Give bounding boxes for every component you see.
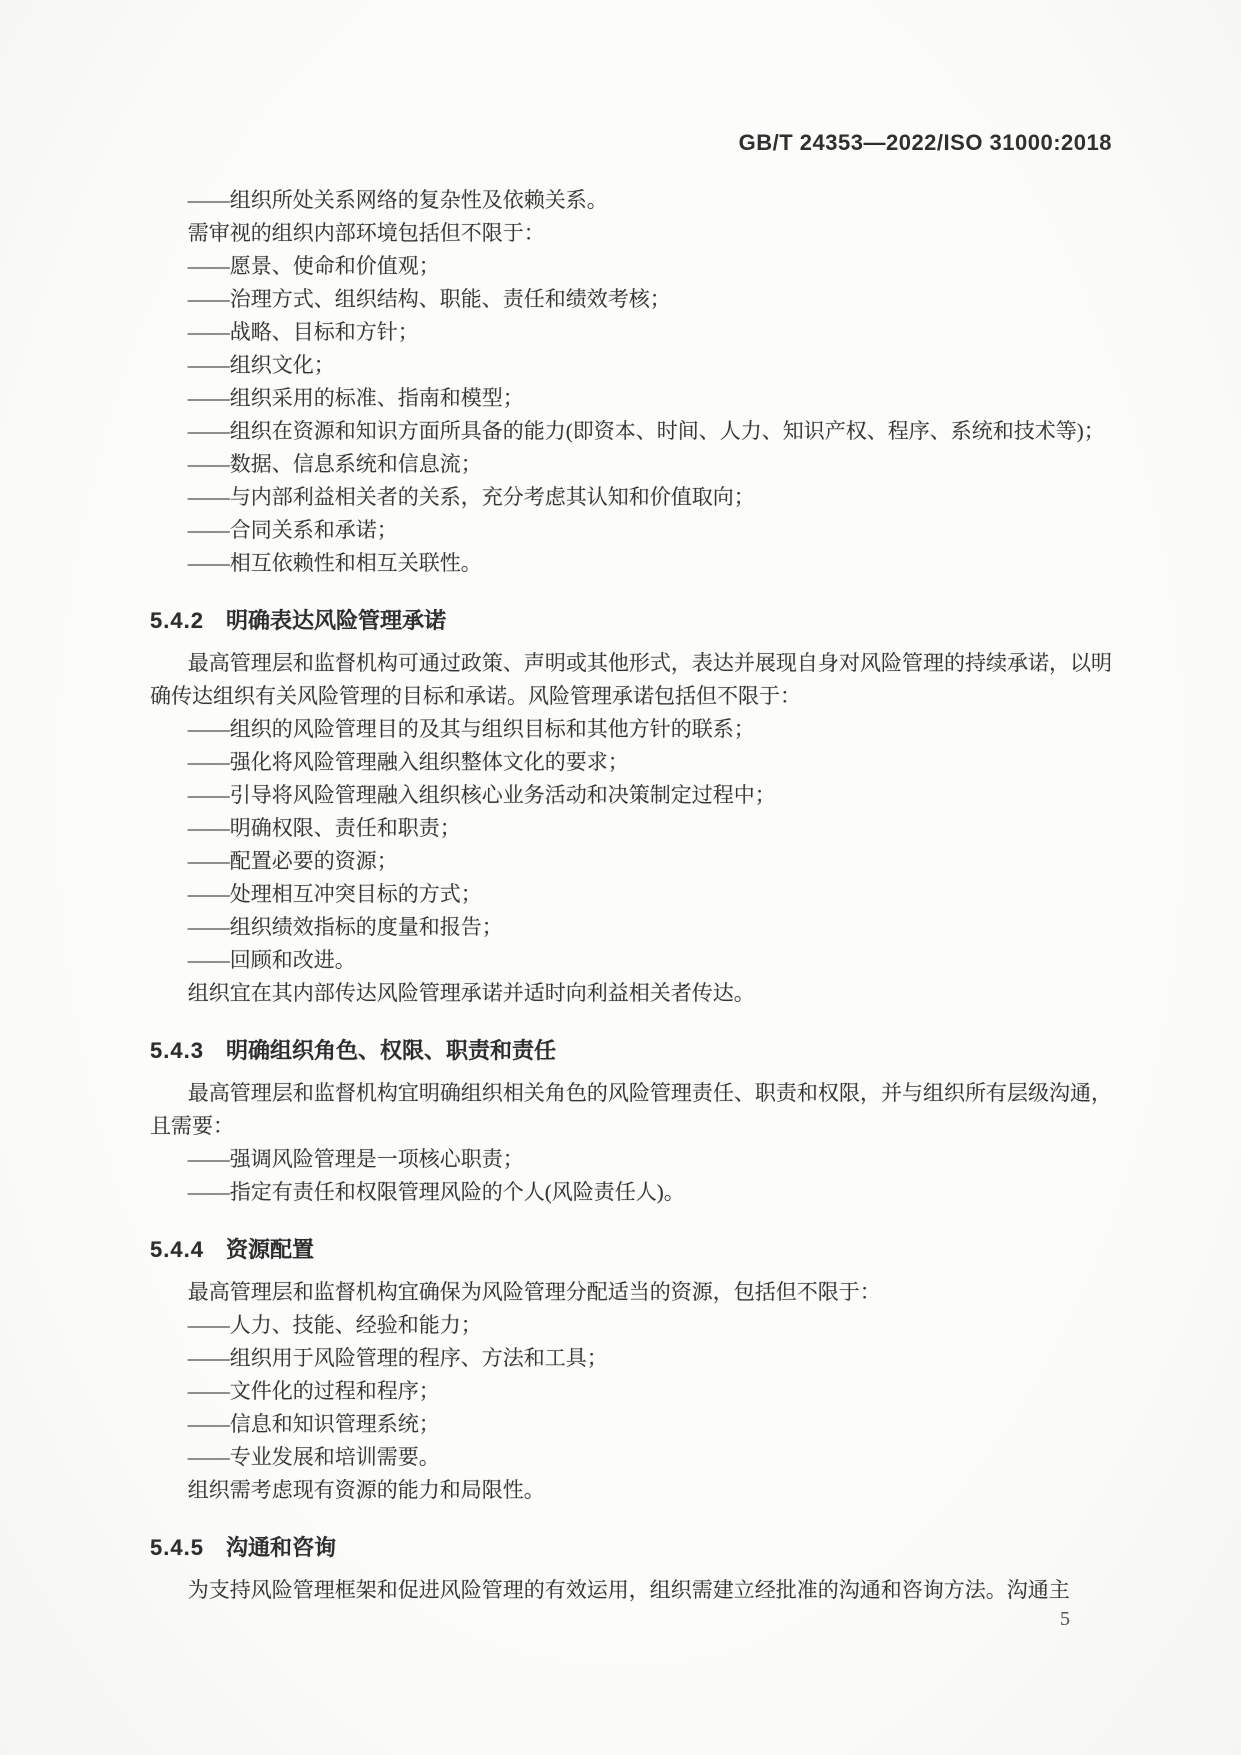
list-item: ——人力、技能、经验和能力；: [150, 1309, 1112, 1342]
list-item: ——强化将风险管理融入组织整体文化的要求；: [150, 746, 1112, 779]
list-item: ——组织的风险管理目的及其与组织目标和其他方针的联系；: [150, 713, 1112, 746]
section-heading: 5.4.2明确表达风险管理承诺: [150, 604, 1112, 637]
list-item: ——文件化的过程和程序；: [150, 1375, 1112, 1408]
list-item: ——回顾和改进。: [150, 944, 1112, 977]
paragraph: 组织需考虑现有资源的能力和局限性。: [150, 1474, 1112, 1507]
list-item: ——愿景、使命和价值观；: [150, 250, 1112, 283]
list-item: ——信息和知识管理系统；: [150, 1408, 1112, 1441]
section-title: 资源配置: [226, 1237, 314, 1262]
list-item: ——组织采用的标准、指南和模型；: [150, 382, 1112, 415]
section-title: 明确组织角色、权限、职责和责任: [226, 1038, 556, 1063]
section-title: 沟通和咨询: [226, 1535, 336, 1560]
list-item: ——明确权限、责任和职责；: [150, 812, 1112, 845]
list-item: ——组织所处关系网络的复杂性及依赖关系。: [150, 184, 1112, 217]
section-number: 5.4.4: [150, 1237, 204, 1262]
list-item: ——组织在资源和知识方面所具备的能力(即资本、时间、人力、知识产权、程序、系统和…: [150, 415, 1112, 448]
paragraph: 最高管理层和监督机构可通过政策、声明或其他形式，表达并展现自身对风险管理的持续承…: [150, 647, 1112, 713]
list-item: ——与内部利益相关者的关系，充分考虑其认知和价值取向；: [150, 481, 1112, 514]
list-item: ——合同关系和承诺；: [150, 514, 1112, 547]
standard-number-header: GB/T 24353—2022/ISO 31000:2018: [150, 130, 1112, 156]
paragraph: 需审视的组织内部环境包括但不限于：: [150, 217, 1112, 250]
list-item: ——数据、信息系统和信息流；: [150, 448, 1112, 481]
scanned-document-page: { "document": { "header": "GB/T 24353—20…: [0, 0, 1241, 1755]
paragraph: 最高管理层和监督机构宜明确组织相关角色的风险管理责任、职责和权限，并与组织所有层…: [150, 1077, 1112, 1143]
paragraph: 组织宜在其内部传达风险管理承诺并适时向利益相关者传达。: [150, 977, 1112, 1010]
section-heading: 5.4.3明确组织角色、权限、职责和责任: [150, 1034, 1112, 1067]
section-number: 5.4.5: [150, 1535, 204, 1560]
section-title: 明确表达风险管理承诺: [226, 608, 446, 633]
section-heading: 5.4.5沟通和咨询: [150, 1531, 1112, 1564]
list-item: ——配置必要的资源；: [150, 845, 1112, 878]
list-item: ——战略、目标和方针；: [150, 316, 1112, 349]
list-item: ——相互依赖性和相互关联性。: [150, 547, 1112, 580]
section-heading: 5.4.4资源配置: [150, 1233, 1112, 1266]
document-body: ——组织所处关系网络的复杂性及依赖关系。需审视的组织内部环境包括但不限于：——愿…: [150, 184, 1112, 1607]
list-item: ——组织绩效指标的度量和报告；: [150, 911, 1112, 944]
section-number: 5.4.2: [150, 608, 204, 633]
list-item: ——专业发展和培训需要。: [150, 1441, 1112, 1474]
list-item: ——组织用于风险管理的程序、方法和工具；: [150, 1342, 1112, 1375]
list-item: ——治理方式、组织结构、职能、责任和绩效考核；: [150, 283, 1112, 316]
list-item: ——引导将风险管理融入组织核心业务活动和决策制定过程中；: [150, 779, 1112, 812]
paragraph: 最高管理层和监督机构宜确保为风险管理分配适当的资源，包括但不限于：: [150, 1276, 1112, 1309]
page-number: 5: [1060, 1608, 1070, 1631]
list-item: ——指定有责任和权限管理风险的个人(风险责任人)。: [150, 1176, 1112, 1209]
list-item: ——组织文化；: [150, 349, 1112, 382]
paragraph: 为支持风险管理框架和促进风险管理的有效运用，组织需建立经批准的沟通和咨询方法。沟…: [150, 1574, 1112, 1607]
list-item: ——处理相互冲突目标的方式；: [150, 878, 1112, 911]
list-item: ——强调风险管理是一项核心职责；: [150, 1143, 1112, 1176]
section-number: 5.4.3: [150, 1038, 204, 1063]
